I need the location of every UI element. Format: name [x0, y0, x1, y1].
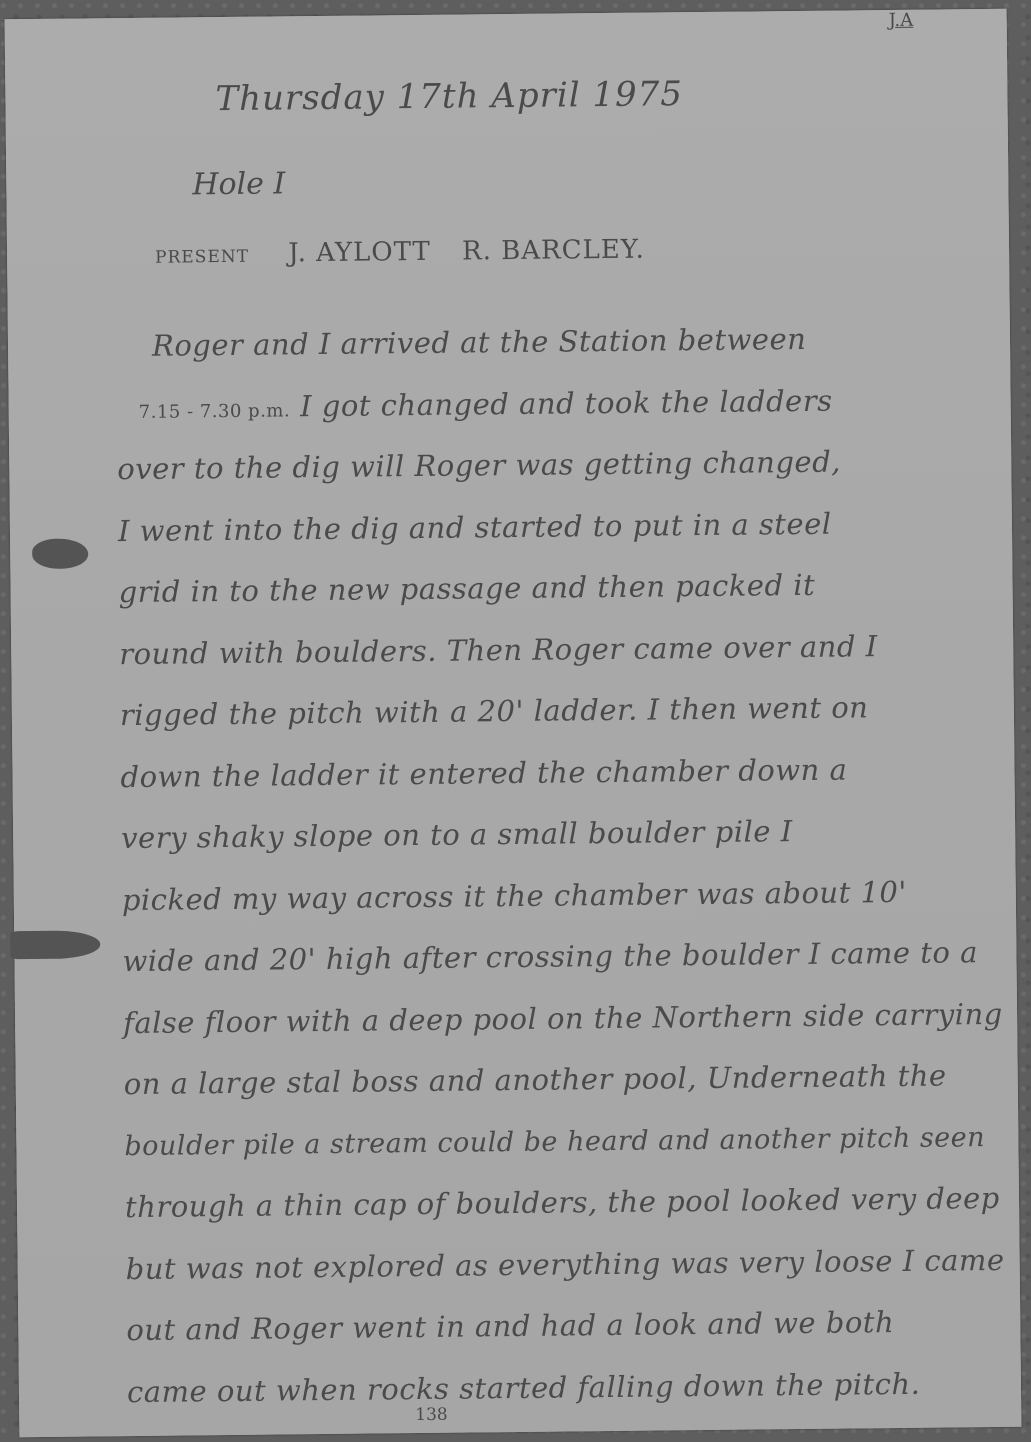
journal-line: picked my way across it the chamber was …	[122, 860, 1003, 931]
journal-line: I went into the dig and started to put i…	[118, 491, 999, 562]
journal-line: grid in to the new passage and then pack…	[118, 553, 999, 624]
journal-line: out and Roger went in and had a look and…	[126, 1291, 1007, 1362]
author-initials: J.A	[889, 10, 914, 31]
attendee-name: J. AYLOTT	[288, 237, 431, 268]
journal-line: over to the dig will Roger was getting c…	[117, 430, 998, 501]
journal-line: came out when rocks started falling down…	[127, 1352, 1008, 1423]
punch-hole-top	[32, 538, 88, 569]
journal-line: rigged the pitch with a 20' ladder. I th…	[120, 676, 1001, 747]
entry-title: Hole I	[192, 166, 285, 202]
attendee-name: R. BARCLEY.	[462, 235, 645, 267]
journal-line: Roger and I arrived at the Station betwe…	[116, 307, 997, 378]
handwritten-page: J.A Thursday 17th April 1975 Hole I PRES…	[5, 9, 1022, 1437]
journal-line-text: I got changed and took the ladders	[300, 383, 833, 423]
entry-date: Thursday 17th April 1975	[215, 74, 683, 119]
attendees-row: PRESENT J. AYLOTT R. BARCLEY.	[155, 234, 667, 269]
journal-line: false floor with a deep pool on the Nort…	[123, 983, 1004, 1054]
punch-hole-bottom	[10, 930, 100, 959]
journal-body: Roger and I arrived at the Station betwe…	[116, 307, 1008, 1423]
journal-line: on a large stal boss and another pool, U…	[123, 1045, 1004, 1116]
journal-line: very shaky slope on to a small boulder p…	[121, 799, 1002, 870]
journal-line: wide and 20' high after crossing the bou…	[122, 922, 1003, 993]
present-label: PRESENT	[155, 247, 249, 268]
journal-line: but was not explored as everything was v…	[125, 1229, 1006, 1300]
page-number: 138	[415, 1405, 448, 1425]
journal-line: through a thin cap of boulders, the pool…	[125, 1168, 1006, 1239]
journal-line: round with boulders. Then Roger came ove…	[119, 614, 1000, 685]
time-note: 7.15 - 7.30 p.m.	[139, 400, 291, 423]
journal-line: 7.15 - 7.30 p.m.I got changed and took t…	[116, 368, 997, 439]
journal-line: down the ladder it entered the chamber d…	[120, 737, 1001, 808]
journal-line: boulder pile a stream could be heard and…	[124, 1106, 1005, 1177]
